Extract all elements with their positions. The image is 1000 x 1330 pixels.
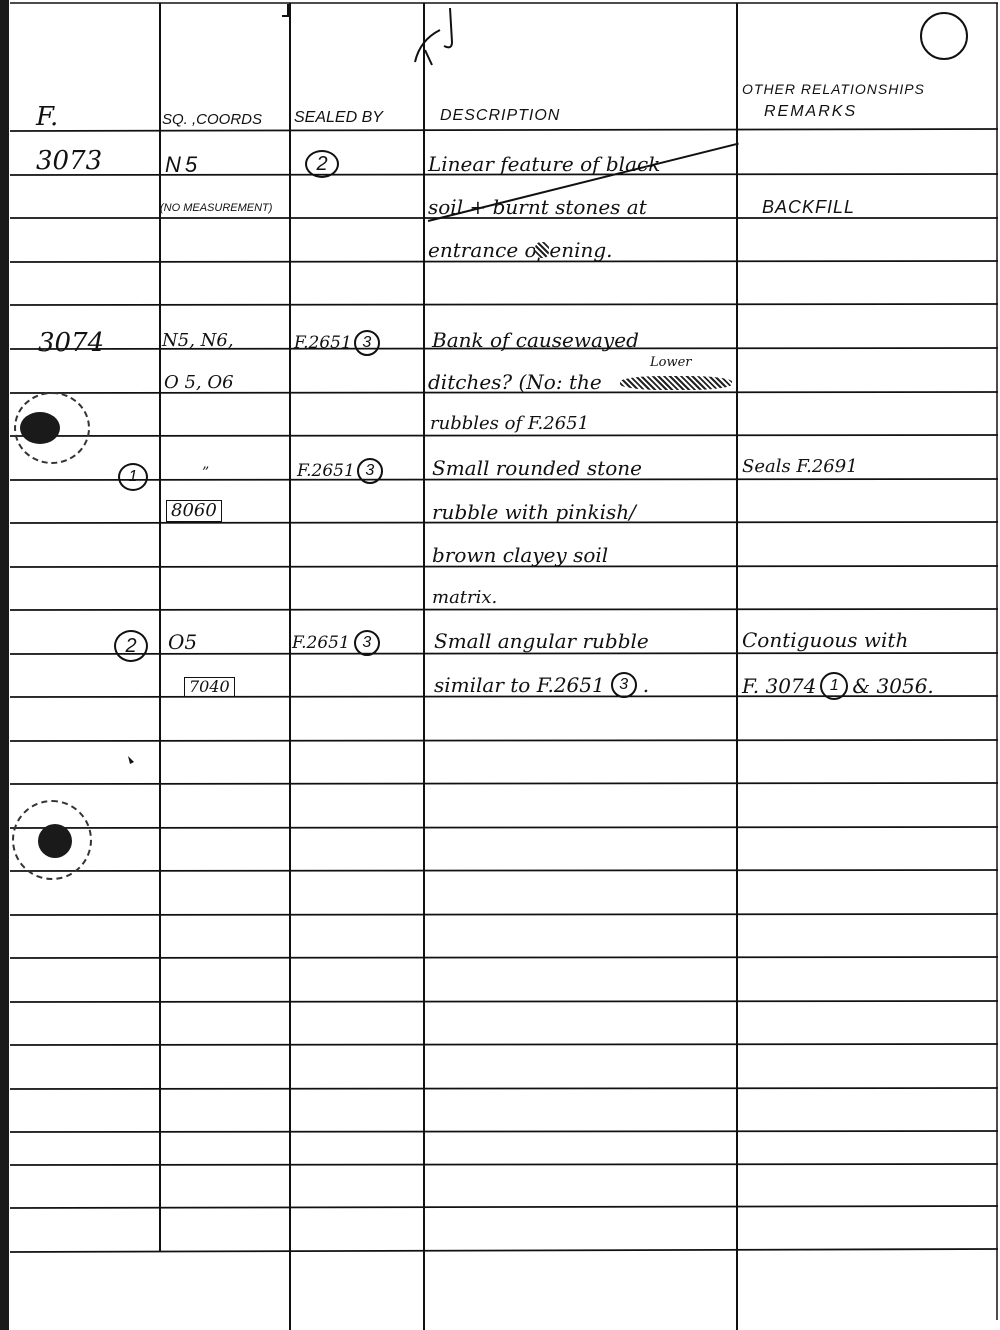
header-remarks: REMARKS	[764, 104, 857, 120]
sq-coords-ditto: ”	[202, 466, 209, 480]
sq-coords-line2: O 5, O6	[164, 374, 234, 392]
description-line: Small angular rubble	[434, 631, 649, 651]
punch-hole-icon	[14, 392, 90, 464]
recording-sheet: F. SQ. ,COORDS SEALED BY DESCRIPTION OTH…	[0, 0, 1000, 1330]
sealed-by: F.2651 3	[294, 330, 380, 356]
remarks-line: Seals F.2691	[742, 458, 858, 476]
description-line: rubble with pinkish/	[432, 502, 636, 522]
punch-hole-icon	[12, 800, 92, 880]
header-sealed-by: SEALED BY	[294, 110, 383, 126]
description-line: Bank of causewayed	[432, 330, 639, 350]
sq-coords: N5	[165, 154, 201, 176]
subfeature-circled: 2	[114, 630, 148, 662]
sq-coords-note: (NO MEASUREMENT)	[160, 203, 272, 214]
sealed-by: F.2651 3	[297, 458, 383, 484]
empty-circle-icon	[920, 12, 968, 60]
remarks-line: Contiguous with	[742, 630, 908, 650]
subfeature-circled: 1	[118, 463, 148, 491]
description-line: Small rounded stone	[432, 458, 642, 478]
description-line: similar to F.2651 3 .	[434, 672, 649, 698]
sealed-by: F.2651 3	[292, 630, 380, 656]
description-line: soil + burnt stones at	[428, 197, 647, 217]
sq-coords: N5, N6,	[162, 332, 234, 350]
header-other-relationships: OTHER RELATIONSHIPS	[742, 82, 925, 96]
feature-number: 3073	[36, 148, 102, 174]
description-line: rubbles of F.2651	[430, 415, 589, 433]
sq-coords: O5	[168, 632, 197, 652]
description-line: matrix.	[432, 589, 497, 607]
remarks-line: F. 3074 1 & 3056.	[742, 672, 934, 700]
description-line: entrance opening.	[428, 240, 613, 260]
scribble-mark	[535, 242, 549, 258]
period: .	[643, 675, 649, 695]
scribble-mark	[620, 376, 732, 390]
header-feature: F.	[36, 104, 58, 130]
description-insert: Lower	[650, 356, 692, 369]
feature-number: 3074	[38, 330, 104, 356]
boxed-value: 8060	[166, 500, 222, 522]
description-line: ditches? (No: the	[428, 372, 602, 392]
boxed-value: 7040	[184, 677, 235, 697]
header-description: DESCRIPTION	[440, 108, 560, 124]
sealed-by-circled: 2	[305, 150, 339, 178]
header-sq-coords: SQ. ,COORDS	[162, 112, 262, 127]
remarks-line: BACKFILL	[762, 198, 855, 216]
description-line: brown clayey soil	[432, 545, 608, 565]
